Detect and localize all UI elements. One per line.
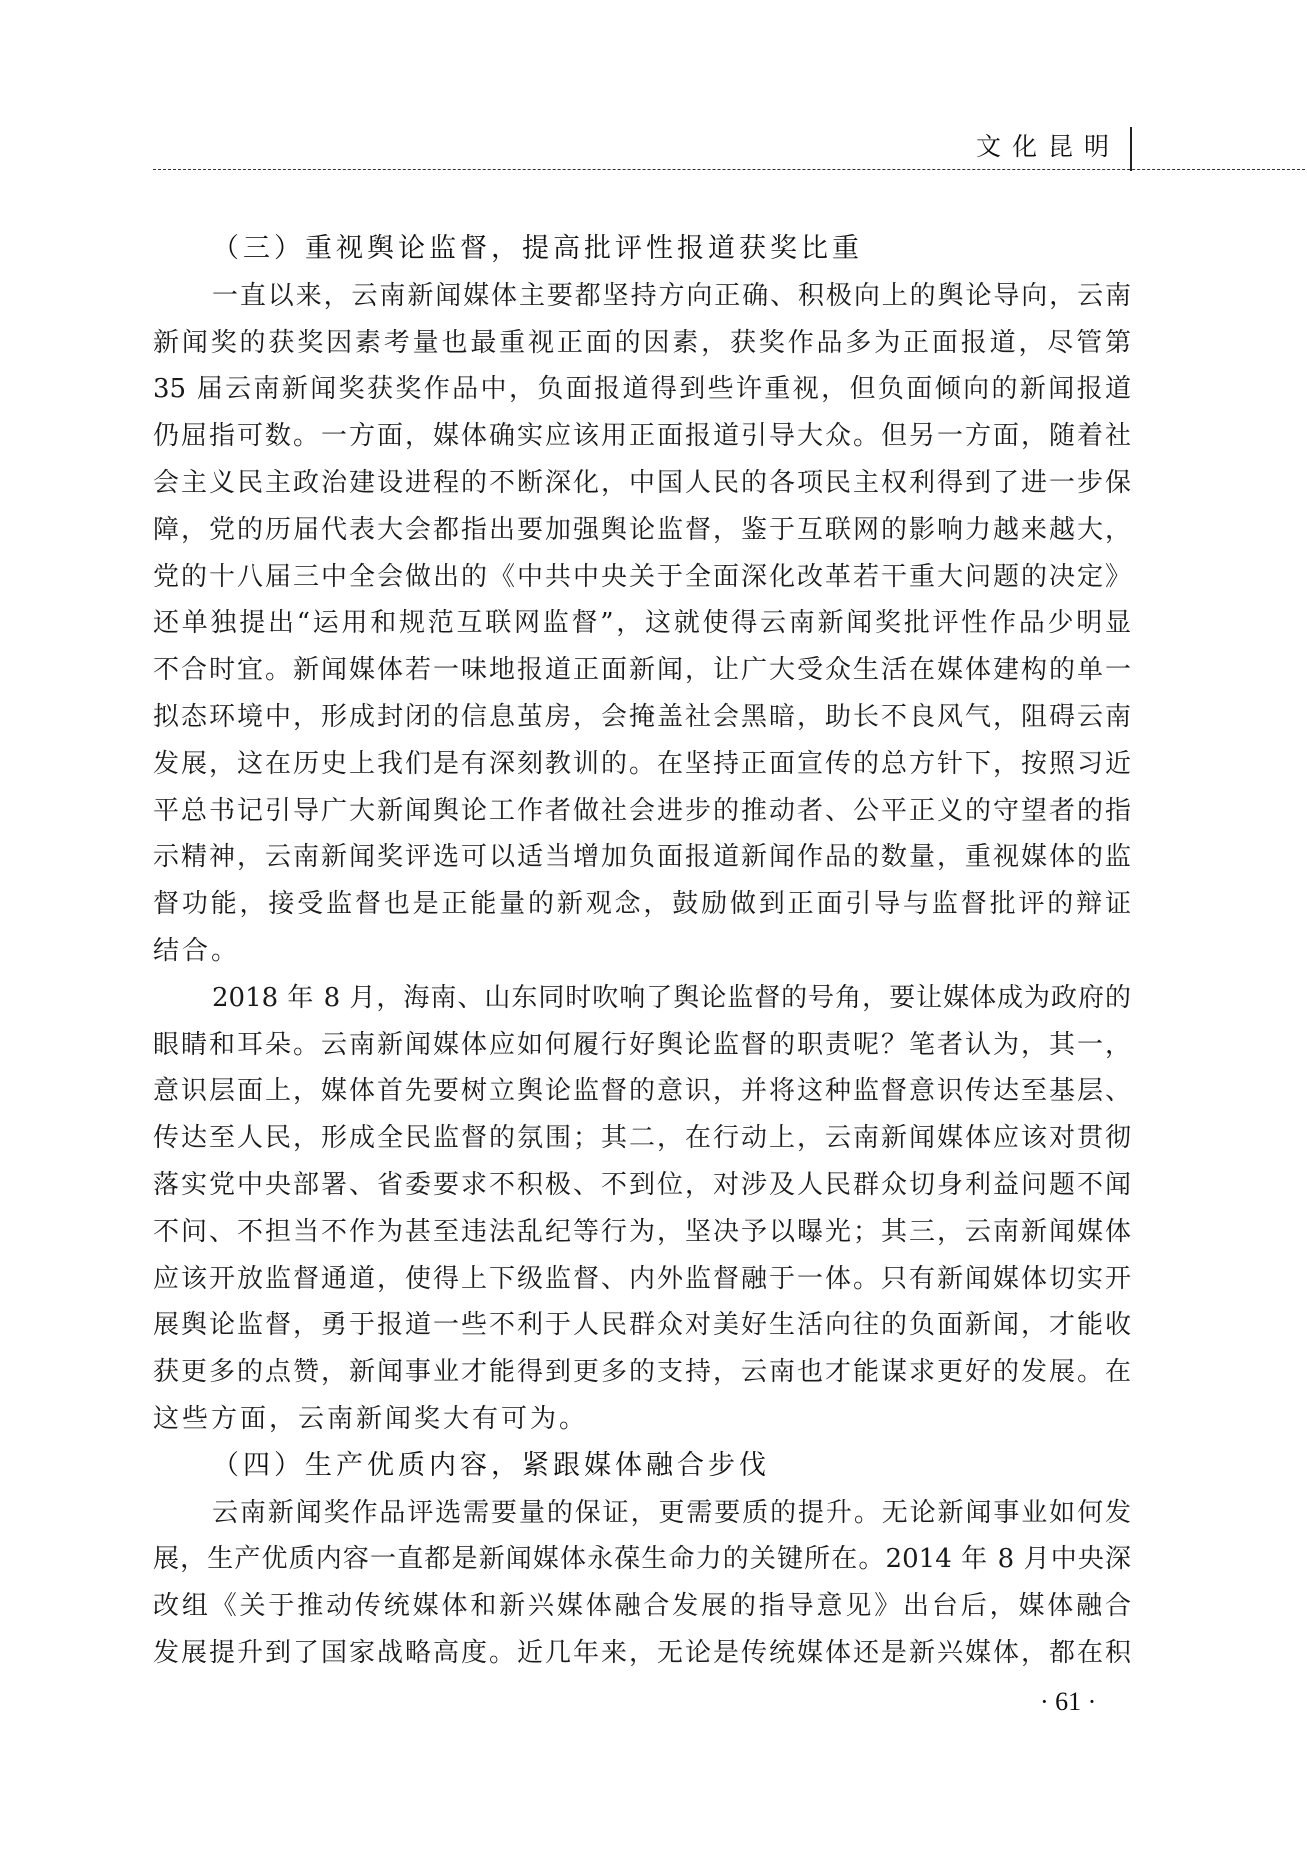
text-line: 不问、不担当不作为甚至违法乱纪等行为，坚决予以曝光；其三，云南新闻媒体 (153, 1209, 1131, 1256)
text-line: 拟态环境中，形成封闭的信息茧房，会掩盖社会黑暗，助长不良风气，阻碍云南 (153, 694, 1131, 741)
text-line: 眼睛和耳朵。云南新闻媒体应如何履行好舆论监督的职责呢？笔者认为，其一， (153, 1022, 1131, 1069)
paragraph: 云南新闻奖作品评选需要量的保证，更需要质的提升。无论新闻事业如何发展，生产优质内… (153, 1490, 1131, 1677)
text-line: 2018 年 8 月，海南、山东同时吹响了舆论监督的号角，要让媒体成为政府的 (153, 975, 1131, 1022)
text-line: 云南新闻奖作品评选需要量的保证，更需要质的提升。无论新闻事业如何发 (153, 1490, 1131, 1537)
text-line: 会主义民主政治建设进程的不断深化，中国人民的各项民主权利得到了进一步保 (153, 460, 1131, 507)
text-line: 展，生产优质内容一直都是新闻媒体永葆生命力的关键所在。2014 年 8 月中央深 (153, 1536, 1131, 1583)
text-line: 展舆论监督，勇于报道一些不利于人民群众对美好生活向往的负面新闻，才能收 (153, 1302, 1131, 1349)
page-number: · 61 · (1040, 1686, 1096, 1718)
text-line: 发展提升到了国家战略高度。近几年来，无论是传统媒体还是新兴媒体，都在积 (153, 1630, 1131, 1677)
text-line: 新闻奖的获奖因素考量也最重视正面的因素，获奖作品多为正面报道，尽管第 (153, 320, 1131, 367)
text-line: 一直以来，云南新闻媒体主要都坚持方向正确、积极向上的舆论导向，云南 (153, 273, 1131, 320)
text-line: 示精神，云南新闻奖评选可以适当增加负面报道新闻作品的数量，重视媒体的监 (153, 834, 1131, 881)
text-line: 障，党的历届代表大会都指出要加强舆论监督，鉴于互联网的影响力越来越大， (153, 507, 1131, 554)
section-heading: （四）生产优质内容，紧跟媒体融合步伐 (153, 1443, 1131, 1490)
text-line: 35 届云南新闻奖获奖作品中，负面报道得到些许重视，但负面倾向的新闻报道 (153, 366, 1131, 413)
text-line: 落实党中央部署、省委要求不积极、不到位，对涉及人民群众切身利益问题不闻 (153, 1162, 1131, 1209)
text-line: 传达至人民，形成全民监督的氛围；其二，在行动上，云南新闻媒体应该对贯彻 (153, 1115, 1131, 1162)
running-header: 文化昆明 (0, 0, 1307, 175)
header-vertical-rule (1130, 127, 1132, 171)
text-line: 这些方面，云南新闻奖大有可为。 (153, 1396, 1131, 1443)
text-line: 不合时宜。新闻媒体若一味地报道正面新闻，让广大受众生活在媒体建构的单一 (153, 647, 1131, 694)
text-line: 发展，这在历史上我们是有深刻教训的。在坚持正面宣传的总方针下，按照习近 (153, 741, 1131, 788)
paragraph: 一直以来，云南新闻媒体主要都坚持方向正确、积极向上的舆论导向，云南新闻奖的获奖因… (153, 273, 1131, 975)
text-line: 督功能，接受监督也是正能量的新观念，鼓励做到正面引导与监督批评的辩证 (153, 881, 1131, 928)
header-dashed-rule (153, 169, 1305, 170)
text-line: 仍屈指可数。一方面，媒体确实应该用正面报道引导大众。但另一方面，随着社 (153, 413, 1131, 460)
text-line: 结合。 (153, 928, 1131, 975)
text-line: 平总书记引导广大新闻舆论工作者做社会进步的推动者、公平正义的守望者的指 (153, 788, 1131, 835)
text-line: 应该开放监督通道，使得上下级监督、内外监督融于一体。只有新闻媒体切实开 (153, 1256, 1131, 1303)
text-line: 改组《关于推动传统媒体和新兴媒体融合发展的指导意见》出台后，媒体融合 (153, 1583, 1131, 1630)
paragraph: 2018 年 8 月，海南、山东同时吹响了舆论监督的号角，要让媒体成为政府的眼睛… (153, 975, 1131, 1443)
page-body: （三）重视舆论监督，提高批评性报道获奖比重一直以来，云南新闻媒体主要都坚持方向正… (153, 226, 1131, 1677)
section-heading: （三）重视舆论监督，提高批评性报道获奖比重 (153, 226, 1131, 273)
text-line: 党的十八届三中全会做出的《中共中央关于全面深化改革若干重大问题的决定》 (153, 554, 1131, 601)
text-line: 还单独提出“运用和规范互联网监督”，这就使得云南新闻奖批评性作品少明显 (153, 600, 1131, 647)
text-line: 获更多的点赞，新闻事业才能得到更多的支持，云南也才能谋求更好的发展。在 (153, 1349, 1131, 1396)
running-title: 文化昆明 (976, 130, 1120, 164)
text-line: 意识层面上，媒体首先要树立舆论监督的意识，并将这种监督意识传达至基层、 (153, 1068, 1131, 1115)
